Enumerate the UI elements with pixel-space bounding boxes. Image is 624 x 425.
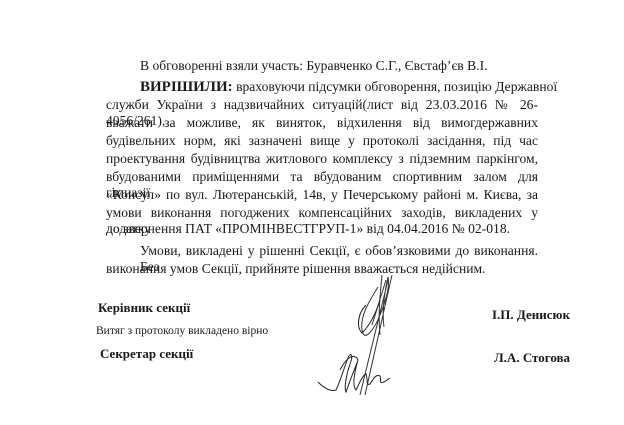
decision-line: вважати за можливе, як виняток, відхилен… [106, 115, 538, 131]
secretary-signature-icon [300, 330, 420, 410]
extract-note: Витяг з протоколу викладено вірно [96, 323, 268, 339]
decision-line: «Консул» по вул. Лютеранській, 14в, у Пе… [106, 187, 538, 203]
decision-first-line: ВИРІШИЛИ: враховуючи підсумки обговоренн… [140, 79, 557, 95]
secretary-name: Л.А. Стогова [494, 350, 570, 366]
decision-line: враховуючи підсумки обговорення, позицію… [236, 79, 557, 94]
participants-line: В обговоренні взяли участь: Буравченко С… [140, 58, 488, 74]
decision-line: до звернення ПАТ «ПРОМІНВЕСТГРУП-1» від … [106, 221, 510, 237]
head-name: І.П. Денисюк [492, 307, 570, 323]
decision-label: ВИРІШИЛИ: [140, 79, 233, 95]
secretary-title: Секретар секції [100, 346, 193, 362]
decision-line: будівельних норм, які зазначені вище у п… [106, 133, 538, 149]
head-title: Керівник секції [98, 300, 190, 316]
decision-line: проектування будівництва житлового компл… [106, 151, 538, 167]
